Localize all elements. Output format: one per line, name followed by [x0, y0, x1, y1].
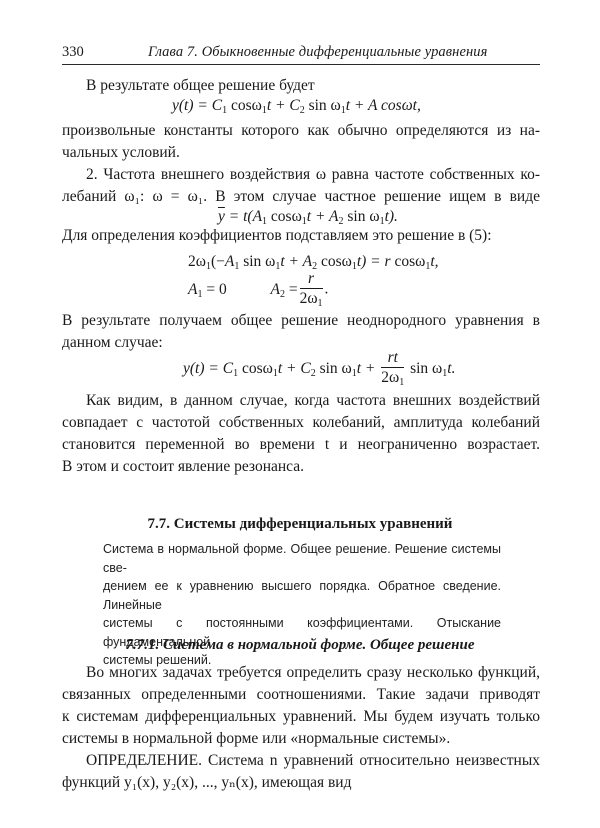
subsection-title: 7.7.1. Система в нормальной форме. Общее…: [0, 637, 600, 654]
text-line: Для определения коэффициентов подставляе…: [62, 225, 540, 247]
chapter-title: Глава 7. Обыкновенные дифференциальные у…: [148, 44, 488, 61]
text-line: совпадает с частотой собственных колебан…: [62, 412, 540, 434]
text-line: становится переменной во времени t и нео…: [62, 434, 540, 456]
text-line: дением ее к уравнению высшего порядка. О…: [103, 577, 501, 614]
text-line: Система в нормальной форме. Общее решени…: [103, 540, 501, 577]
page-number: 330: [62, 44, 84, 61]
paragraph: 2. Частота внешнего воздействия ω равна …: [62, 164, 540, 208]
text-line: функций y₁(x), y₂(x), ..., yₙ(x), имеюща…: [62, 772, 540, 794]
paragraph: Во многих задачах требуется определить с…: [62, 662, 540, 750]
formula-substitution: 2ω1(−A1 sin ω1t + A2 cosω1t) = r cosω1t,: [188, 253, 439, 271]
text-line: Во многих задачах требуется определить с…: [62, 662, 540, 684]
formula-resonance-solution: y(t) = C1 cosω1t + C2 sin ω1t + rt2ω1 si…: [183, 349, 455, 388]
running-head: 330 Глава 7. Обыкновенные дифференциальн…: [62, 44, 540, 65]
paragraph: В результате общее решение будет: [62, 75, 540, 97]
formula-general-solution: y(t) = C1 cosω1t + C2 sin ω1t + A cosωt,: [172, 97, 421, 115]
paragraph: В результате получаем общее решение неод…: [62, 310, 540, 354]
formula-particular-solution: y = t(A1 cosω1t + A2 sin ω1t).: [218, 208, 398, 226]
text-line: к системам дифференциальных уравнений. М…: [62, 706, 540, 728]
text-line: связанных определенными соотношениями. Т…: [62, 684, 540, 706]
text-line: ОПРЕДЕЛЕНИЕ. Система n уравнений относит…: [62, 750, 540, 772]
text-line: В результате общее решение будет: [62, 75, 540, 97]
formula-coefficients: A1 = 0 A2 = r2ω1.: [188, 270, 328, 309]
text-line: Как видим, в данном случае, когда частот…: [62, 390, 540, 412]
book-page: 330 Глава 7. Обыкновенные дифференциальн…: [0, 0, 600, 828]
text-line: лебаний ω₁: ω = ω₁. В этом случае частно…: [62, 186, 540, 208]
paragraph: Как видим, в данном случае, когда частот…: [62, 390, 540, 478]
text-line: В этом и состоит явление резонанса.: [62, 456, 540, 478]
paragraph: Для определения коэффициентов подставляе…: [62, 225, 540, 247]
section-title: 7.7. Системы дифференциальных уравнений: [0, 516, 600, 533]
text-line: произвольные константы которого как обыч…: [62, 120, 540, 142]
text-line: 2. Частота внешнего воздействия ω равна …: [62, 164, 540, 186]
text-line: В результате получаем общее решение неод…: [62, 310, 540, 332]
definition-paragraph: ОПРЕДЕЛЕНИЕ. Система n уравнений относит…: [62, 750, 540, 794]
text-line: чальных условий.: [62, 142, 540, 164]
text-line: системы в нормальной форме или «нормальн…: [62, 728, 540, 750]
paragraph: произвольные константы которого как обыч…: [62, 120, 540, 164]
